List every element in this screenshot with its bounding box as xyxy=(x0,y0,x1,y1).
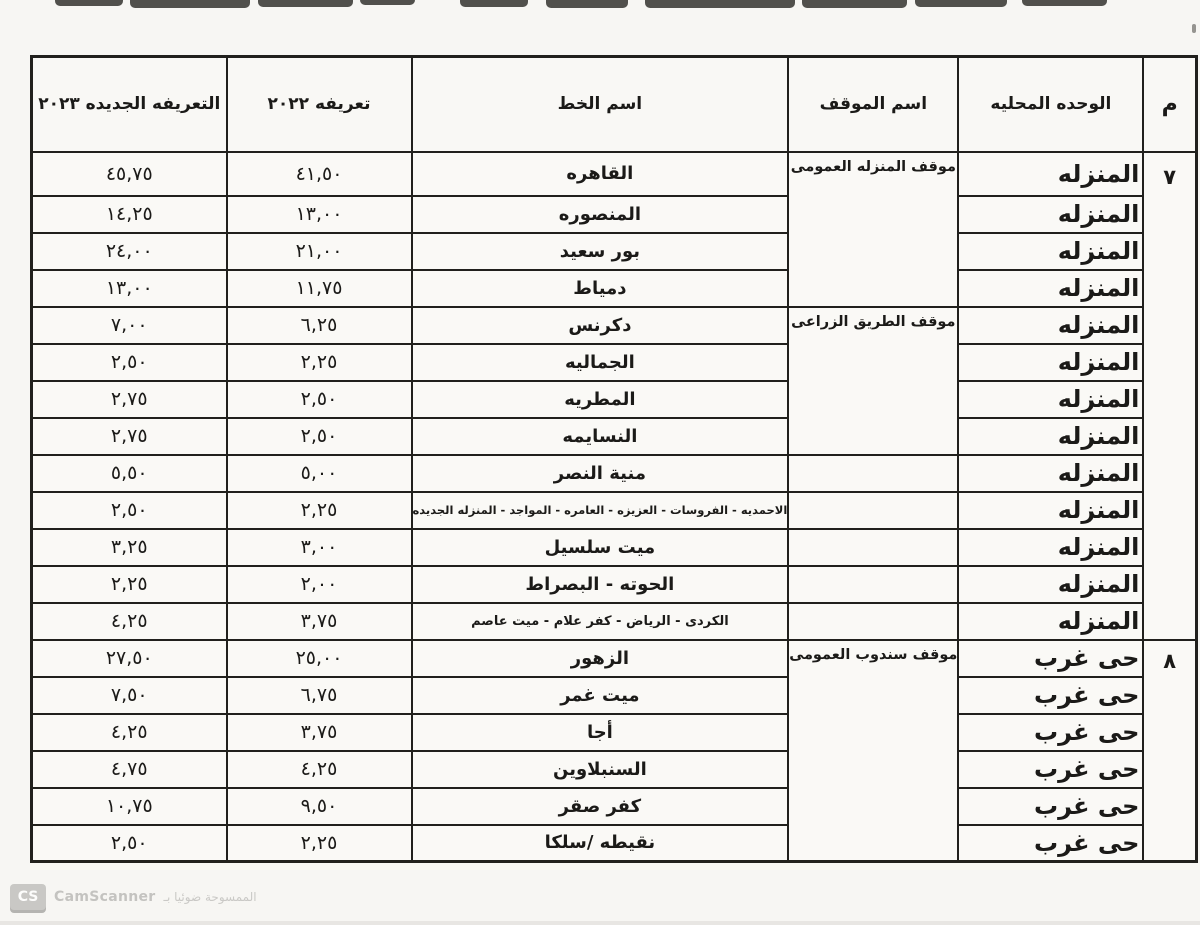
tariff-2023-cell: ٢٧,٥٠ xyxy=(32,640,227,677)
tariff-2023-cell: ٧,٠٠ xyxy=(32,307,227,344)
line-cell: المنصوره xyxy=(412,196,789,233)
stop-cell-manzala: موقف المنزله العمومى xyxy=(788,152,958,307)
table-row: حى غرب نقيطه /سلكا ٢,٢٥ ٢,٥٠ xyxy=(32,825,1197,862)
unit-cell: المنزله xyxy=(958,270,1143,307)
tariff-2023-cell: ٣,٢٥ xyxy=(32,529,227,566)
col-header-tariff-2022: تعريفه ٢٠٢٢ xyxy=(227,57,412,152)
tariff-2023-cell: ٢,٧٥ xyxy=(32,418,227,455)
line-cell: نقيطه /سلكا xyxy=(412,825,789,862)
tariff-2022-cell: ١٣,٠٠ xyxy=(227,196,412,233)
tariff-2023-cell: ٢٤,٠٠ xyxy=(32,233,227,270)
tariff-2023-cell: ١٠,٧٥ xyxy=(32,788,227,825)
table-row: المنزله الكردى - الرياض - كفر علام - ميت… xyxy=(32,603,1197,640)
line-cell: الحوته - البصراط xyxy=(412,566,789,603)
unit-cell: المنزله xyxy=(958,307,1143,344)
line-cell: بور سعيد xyxy=(412,233,789,270)
stop-cell-empty xyxy=(788,492,958,529)
tariff-2022-cell: ٣,٧٥ xyxy=(227,714,412,751)
tariff-2022-cell: ٦,٧٥ xyxy=(227,677,412,714)
tariff-2022-cell: ٤,٢٥ xyxy=(227,751,412,788)
tariff-2022-cell: ٢,٥٠ xyxy=(227,418,412,455)
tariff-2022-cell: ٦,٢٥ xyxy=(227,307,412,344)
stop-cell-empty xyxy=(788,566,958,603)
stop-cell-empty xyxy=(788,455,958,492)
table-row: حى غرب ميت غمر ٦,٧٥ ٧,٥٠ xyxy=(32,677,1197,714)
stop-cell-empty xyxy=(788,529,958,566)
unit-cell: حى غرب xyxy=(958,640,1143,677)
tariff-table: م الوحده المحليه اسم الموقف اسم الخط تعر… xyxy=(30,55,1198,863)
tariff-2022-cell: ٤١,٥٠ xyxy=(227,152,412,196)
table-row: حى غرب السنبلاوين ٤,٢٥ ٤,٧٥ xyxy=(32,751,1197,788)
stop-cell-agri-road: موقف الطريق الزراعى xyxy=(788,307,958,455)
tariff-2022-cell: ٢,٢٥ xyxy=(227,825,412,862)
line-cell: دكرنس xyxy=(412,307,789,344)
tariff-2023-cell: ٢,٥٠ xyxy=(32,825,227,862)
line-cell: ميت غمر xyxy=(412,677,789,714)
table-row: المنزله موقف الطريق الزراعى دكرنس ٦,٢٥ ٧… xyxy=(32,307,1197,344)
line-cell: الزهور xyxy=(412,640,789,677)
col-header-num: م xyxy=(1143,57,1196,152)
unit-cell: المنزله xyxy=(958,381,1143,418)
line-cell: ميت سلسيل xyxy=(412,529,789,566)
table-row: ٧ المنزله موقف المنزله العمومى القاهره ٤… xyxy=(32,152,1197,196)
unit-cell: المنزله xyxy=(958,344,1143,381)
camscanner-arabic-text: الممسوحة ضوئيا بـ xyxy=(163,890,256,904)
tariff-2023-cell: ٤,٢٥ xyxy=(32,603,227,640)
line-cell: الكردى - الرياض - كفر علام - ميت عاصم xyxy=(412,603,789,640)
table-row: المنزله الجماليه ٢,٢٥ ٢,٥٠ xyxy=(32,344,1197,381)
unit-cell: حى غرب xyxy=(958,825,1143,862)
line-cell: دمياط xyxy=(412,270,789,307)
col-header-unit: الوحده المحليه xyxy=(958,57,1143,152)
tariff-2022-cell: ٢,٠٠ xyxy=(227,566,412,603)
unit-cell: المنزله xyxy=(958,455,1143,492)
unit-cell: المنزله xyxy=(958,196,1143,233)
table-header-row: م الوحده المحليه اسم الموقف اسم الخط تعر… xyxy=(32,57,1197,152)
tariff-2023-cell: ٢,٢٥ xyxy=(32,566,227,603)
table-row: المنزله الحوته - البصراط ٢,٠٠ ٢,٢٥ xyxy=(32,566,1197,603)
tariff-2023-cell: ٧,٥٠ xyxy=(32,677,227,714)
unit-cell: المنزله xyxy=(958,418,1143,455)
col-header-line: اسم الخط xyxy=(412,57,789,152)
tariff-2023-cell: ٢,٥٠ xyxy=(32,492,227,529)
tariff-2023-cell: ٤,٢٥ xyxy=(32,714,227,751)
tariff-2022-cell: ٢٥,٠٠ xyxy=(227,640,412,677)
stop-cell-empty xyxy=(788,603,958,640)
line-cell: كفر صقر xyxy=(412,788,789,825)
tariff-2022-cell: ٩,٥٠ xyxy=(227,788,412,825)
tariff-2023-cell: ٢,٧٥ xyxy=(32,381,227,418)
tariff-2022-cell: ٥,٠٠ xyxy=(227,455,412,492)
line-cell: الجماليه xyxy=(412,344,789,381)
table-row: المنزله منية النصر ٥,٠٠ ٥,٥٠ xyxy=(32,455,1197,492)
line-cell: المطريه xyxy=(412,381,789,418)
unit-cell: حى غرب xyxy=(958,714,1143,751)
group-number-7: ٧ xyxy=(1143,152,1196,640)
line-cell: أجا xyxy=(412,714,789,751)
tariff-2022-cell: ٣,٧٥ xyxy=(227,603,412,640)
table-row: المنزله النسايمه ٢,٥٠ ٢,٧٥ xyxy=(32,418,1197,455)
table-row: المنزله دمياط ١١,٧٥ ١٣,٠٠ xyxy=(32,270,1197,307)
col-header-stop: اسم الموقف xyxy=(788,57,958,152)
tariff-2023-cell: ١٣,٠٠ xyxy=(32,270,227,307)
unit-cell: المنزله xyxy=(958,152,1143,196)
line-cell: منية النصر xyxy=(412,455,789,492)
tariff-2023-cell: ٤٥,٧٥ xyxy=(32,152,227,196)
table-row: المنزله المنصوره ١٣,٠٠ ١٤,٢٥ xyxy=(32,196,1197,233)
unit-cell: المنزله xyxy=(958,566,1143,603)
tariff-2022-cell: ٢١,٠٠ xyxy=(227,233,412,270)
line-cell: النسايمه xyxy=(412,418,789,455)
tariff-2023-cell: ٤,٧٥ xyxy=(32,751,227,788)
table-row: ٨ حى غرب موقف سندوب العمومى الزهور ٢٥,٠٠… xyxy=(32,640,1197,677)
scan-bottom-edge xyxy=(0,921,1200,925)
line-cell: السنبلاوين xyxy=(412,751,789,788)
camscanner-watermark: CS CamScanner الممسوحة ضوئيا بـ xyxy=(10,884,257,910)
table-row: حى غرب أجا ٣,٧٥ ٤,٢٥ xyxy=(32,714,1197,751)
camscanner-logo-icon: CS xyxy=(10,884,46,910)
tariff-2022-cell: ١١,٧٥ xyxy=(227,270,412,307)
tariff-2023-cell: ٢,٥٠ xyxy=(32,344,227,381)
tariff-2022-cell: ٣,٠٠ xyxy=(227,529,412,566)
table-row: المنزله ميت سلسيل ٣,٠٠ ٣,٢٥ xyxy=(32,529,1197,566)
group-number-8: ٨ xyxy=(1143,640,1196,862)
tariff-2022-cell: ٢,٢٥ xyxy=(227,492,412,529)
unit-cell: حى غرب xyxy=(958,751,1143,788)
table-row: المنزله المطريه ٢,٥٠ ٢,٧٥ xyxy=(32,381,1197,418)
unit-cell: حى غرب xyxy=(958,788,1143,825)
table-row: المنزله بور سعيد ٢١,٠٠ ٢٤,٠٠ xyxy=(32,233,1197,270)
camscanner-brand: CamScanner xyxy=(54,889,155,905)
tariff-2023-cell: ١٤,٢٥ xyxy=(32,196,227,233)
unit-cell: المنزله xyxy=(958,492,1143,529)
table-row: حى غرب كفر صقر ٩,٥٠ ١٠,٧٥ xyxy=(32,788,1197,825)
tariff-2023-cell: ٥,٥٠ xyxy=(32,455,227,492)
line-cell: القاهره xyxy=(412,152,789,196)
unit-cell: حى غرب xyxy=(958,677,1143,714)
unit-cell: المنزله xyxy=(958,529,1143,566)
stop-cell-sandoub: موقف سندوب العمومى xyxy=(788,640,958,862)
unit-cell: المنزله xyxy=(958,233,1143,270)
tariff-2022-cell: ٢,٢٥ xyxy=(227,344,412,381)
col-header-tariff-2023: التعريفه الجديده ٢٠٢٣ xyxy=(32,57,227,152)
line-cell: الاحمديه - الفروسات - العزيزه - العامره … xyxy=(412,492,789,529)
table-row: المنزله الاحمديه - الفروسات - العزيزه - … xyxy=(32,492,1197,529)
unit-cell: المنزله xyxy=(958,603,1143,640)
tariff-2022-cell: ٢,٥٠ xyxy=(227,381,412,418)
